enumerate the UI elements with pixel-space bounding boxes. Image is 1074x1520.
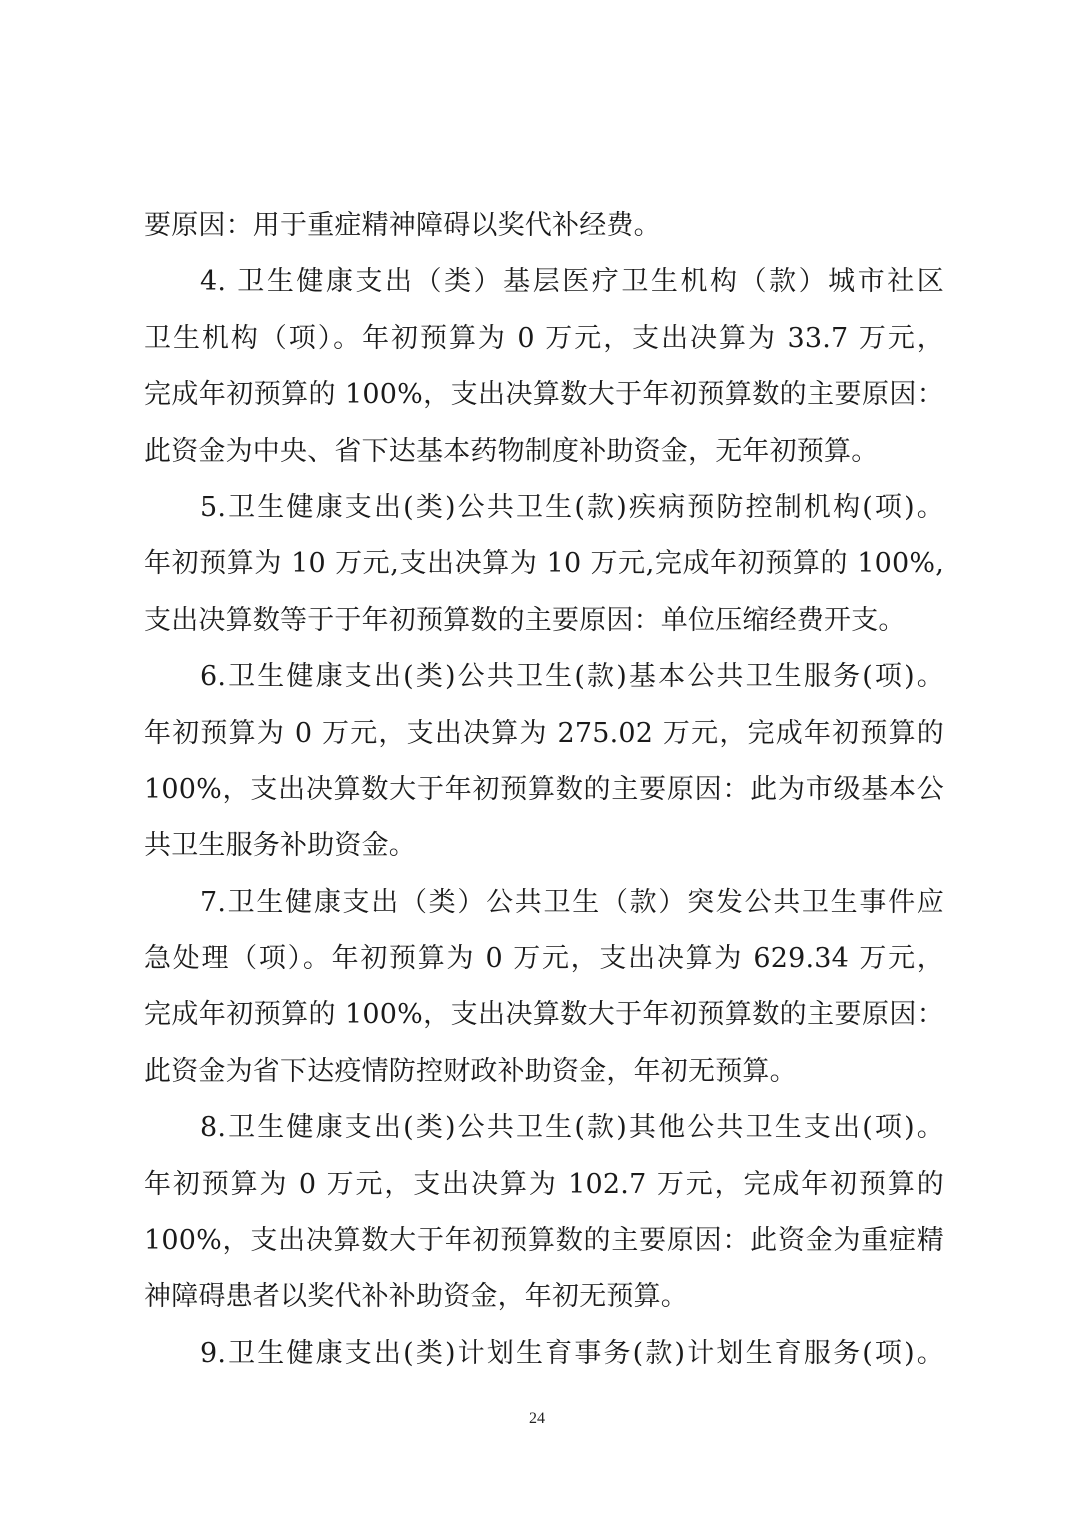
- paragraph-line: 要原因：用于重症精神障碍以奖代补经费。: [144, 198, 944, 254]
- paragraph-line: 共卫生服务补助资金。: [144, 818, 944, 874]
- paragraph-line: 100%，支出决算数大于年初预算数的主要原因：此为市级基本公: [144, 762, 944, 818]
- paragraph-line: 完成年初预算的 100%，支出决算数大于年初预算数的主要原因：: [144, 987, 944, 1043]
- paragraph-line: 卫生机构（项）。年初预算为 0 万元，支出决算为 33.7 万元，: [144, 311, 944, 367]
- paragraph-line: 支出决算数等于于年初预算数的主要原因：单位压缩经费开支。: [144, 593, 944, 649]
- paragraph-line: 9.卫生健康支出(类)计划生育事务(款)计划生育服务(项)。: [144, 1326, 944, 1382]
- paragraph-line: 年初预算为 0 万元，支出决算为 275.02 万元，完成年初预算的: [144, 706, 944, 762]
- paragraph-line: 5.卫生健康支出(类)公共卫生(款)疾病预防控制机构(项)。: [144, 480, 944, 536]
- page-number: 24: [0, 1410, 1074, 1428]
- paragraph-line: 6.卫生健康支出(类)公共卫生(款)基本公共卫生服务(项)。: [144, 649, 944, 705]
- document-page: 要原因：用于重症精神障碍以奖代补经费。 4. 卫生健康支出（类）基层医疗卫生机构…: [0, 0, 1074, 1520]
- paragraph-line: 此资金为中央、省下达基本药物制度补助资金，无年初预算。: [144, 424, 944, 480]
- paragraph-line: 年初预算为 10 万元,支出决算为 10 万元,完成年初预算的 100%,: [144, 536, 944, 592]
- paragraph-line: 7.卫生健康支出（类）公共卫生（款）突发公共卫生事件应: [144, 875, 944, 931]
- paragraph-line: 急处理（项）。年初预算为 0 万元，支出决算为 629.34 万元，: [144, 931, 944, 987]
- paragraph-line: 100%，支出决算数大于年初预算数的主要原因：此资金为重症精: [144, 1213, 944, 1269]
- paragraph-line: 此资金为省下达疫情防控财政补助资金，年初无预算。: [144, 1044, 944, 1100]
- paragraph-line: 年初预算为 0 万元，支出决算为 102.7 万元，完成年初预算的: [144, 1157, 944, 1213]
- paragraph-line: 8.卫生健康支出(类)公共卫生(款)其他公共卫生支出(项)。: [144, 1100, 944, 1156]
- paragraph-line: 完成年初预算的 100%，支出决算数大于年初预算数的主要原因：: [144, 367, 944, 423]
- paragraph-line: 神障碍患者以奖代补补助资金，年初无预算。: [144, 1269, 944, 1325]
- body-text: 要原因：用于重症精神障碍以奖代补经费。 4. 卫生健康支出（类）基层医疗卫生机构…: [144, 198, 944, 1382]
- paragraph-line: 4. 卫生健康支出（类）基层医疗卫生机构（款）城市社区: [144, 254, 944, 310]
